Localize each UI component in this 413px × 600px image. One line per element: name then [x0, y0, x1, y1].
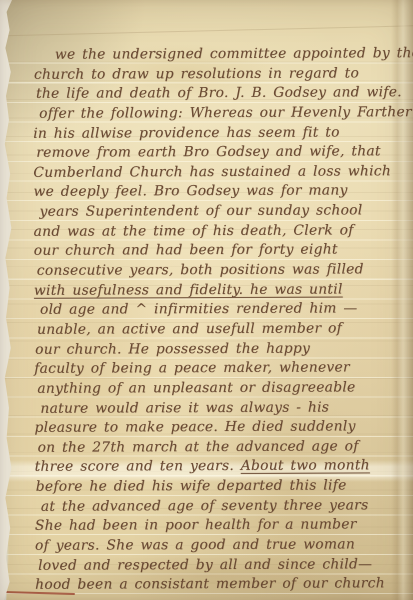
- manuscript-text: we the undersigned committee appointed b…: [29, 44, 410, 596]
- line-text: remove from earth Bro Godsey and wife, t…: [36, 143, 381, 161]
- handwritten-line: church to draw up resolutions in regard …: [30, 64, 408, 85]
- handwritten-line: pleasure to make peace. He died suddenly: [30, 417, 409, 438]
- line-text: on the 27th march at the advanced age of: [38, 438, 359, 455]
- handwritten-line: in his allwise providence has seem fit t…: [29, 123, 408, 144]
- bottom-left-blue-sliver: [0, 510, 9, 600]
- scanned-handwritten-letter: we the undersigned committee appointed b…: [0, 0, 413, 600]
- line-text: old age and ^ infirmities rendered him —: [40, 301, 358, 318]
- line-text: and was at the time of his death, Clerk …: [34, 222, 354, 239]
- handwritten-line: on the 27th march at the advanced age of: [34, 437, 410, 458]
- line-text: three score and ten years.: [35, 458, 241, 475]
- line-text: in his allwise providence has seem fit t…: [33, 124, 340, 141]
- handwritten-line: nature would arise it was always - his: [36, 398, 409, 419]
- line-text: loved and respected by all and since chi…: [38, 556, 372, 573]
- line-text: church to draw up resolutions in regard …: [34, 65, 359, 82]
- line-text: nature would arise it was always - his: [40, 399, 329, 416]
- line-text: hood been a consistant member of our chu…: [35, 576, 385, 594]
- handwritten-line: offer the following: Whereas our Hevenly…: [35, 103, 408, 124]
- handwritten-line: loved and respected by all and since chi…: [34, 555, 410, 576]
- line-text: years Superintendent of our sunday schoo…: [39, 203, 362, 220]
- line-text: our church. He possessed the happy: [35, 340, 310, 357]
- handwritten-line: three score and ten years. About two mon…: [31, 457, 410, 478]
- handwritten-line: faculty of being a peace maker, whenever: [30, 358, 409, 379]
- torn-paper-edge: [0, 0, 12, 600]
- handwritten-line: anything of an unpleasant or disagreeabl…: [33, 378, 409, 399]
- handwritten-line: and was at the time of his death, Clerk …: [30, 221, 409, 242]
- line-text: we deeply feel. Bro Godsey was for many: [33, 183, 347, 200]
- line-text: faculty of being a peace maker, whenever: [34, 360, 350, 377]
- line-text-underlined: About two month: [241, 458, 370, 475]
- handwritten-line: of years. She was a good and true woman: [31, 535, 410, 556]
- handwritten-line: we the undersigned committee appointed b…: [29, 44, 408, 65]
- handwritten-line: Cumberland Church has sustained a loss w…: [29, 162, 408, 183]
- handwritten-line: at the advanced age of seventy three yea…: [37, 496, 410, 517]
- line-text: before he died his wife departed this li…: [36, 478, 347, 495]
- line-text: Cumberland Church has sustained a loss w…: [33, 163, 391, 181]
- handwritten-line: we deeply feel. Bro Godsey was for many: [29, 182, 408, 203]
- paper-top-edge: [0, 24, 413, 36]
- line-text: anything of an unpleasant or disagreeabl…: [37, 379, 355, 396]
- handwritten-line: remove from earth Bro Godsey and wife, t…: [32, 142, 408, 163]
- line-text: offer the following: Whereas our Hevenly…: [39, 104, 412, 122]
- handwritten-line: consecutive years, both positions was fi…: [33, 260, 409, 281]
- handwritten-line: our church. He possessed the happy: [31, 339, 409, 360]
- line-text: unable, an active and usefull member of: [37, 320, 342, 337]
- line-text: pleasure to make peace. He died suddenly: [34, 419, 355, 436]
- handwritten-line: hood been a consistant member of our chu…: [31, 574, 410, 595]
- handwritten-line: before he died his wife departed this li…: [32, 476, 410, 497]
- handwritten-line: unable, an active and usefull member of: [33, 319, 409, 340]
- line-text: at the advanced age of seventy three yea…: [41, 497, 369, 514]
- handwritten-line: our church and had been for forty eight: [30, 241, 409, 262]
- handwritten-line: with usefulness and fidelity. he was unt…: [30, 280, 409, 301]
- line-text-underlined: with usefulness and fidelity. he was unt…: [34, 281, 343, 298]
- handwritten-line: She had been in poor health for a number: [31, 516, 410, 537]
- handwritten-line: the life and death of Bro. J. B. Godsey …: [32, 83, 408, 104]
- handwritten-line: years Superintendent of our sunday schoo…: [35, 201, 408, 222]
- line-text: we the undersigned committee appointed b…: [55, 45, 413, 63]
- line-text: of years. She was a good and true woman: [35, 536, 355, 553]
- line-text: She had been in poor health for a number: [35, 517, 357, 534]
- line-text: the life and death of Bro. J. B. Godsey …: [36, 84, 402, 102]
- handwritten-line: old age and ^ infirmities rendered him —: [36, 300, 409, 321]
- line-text: consecutive years, both positions was fi…: [37, 261, 364, 278]
- line-text: our church and had been for forty eight: [34, 242, 338, 259]
